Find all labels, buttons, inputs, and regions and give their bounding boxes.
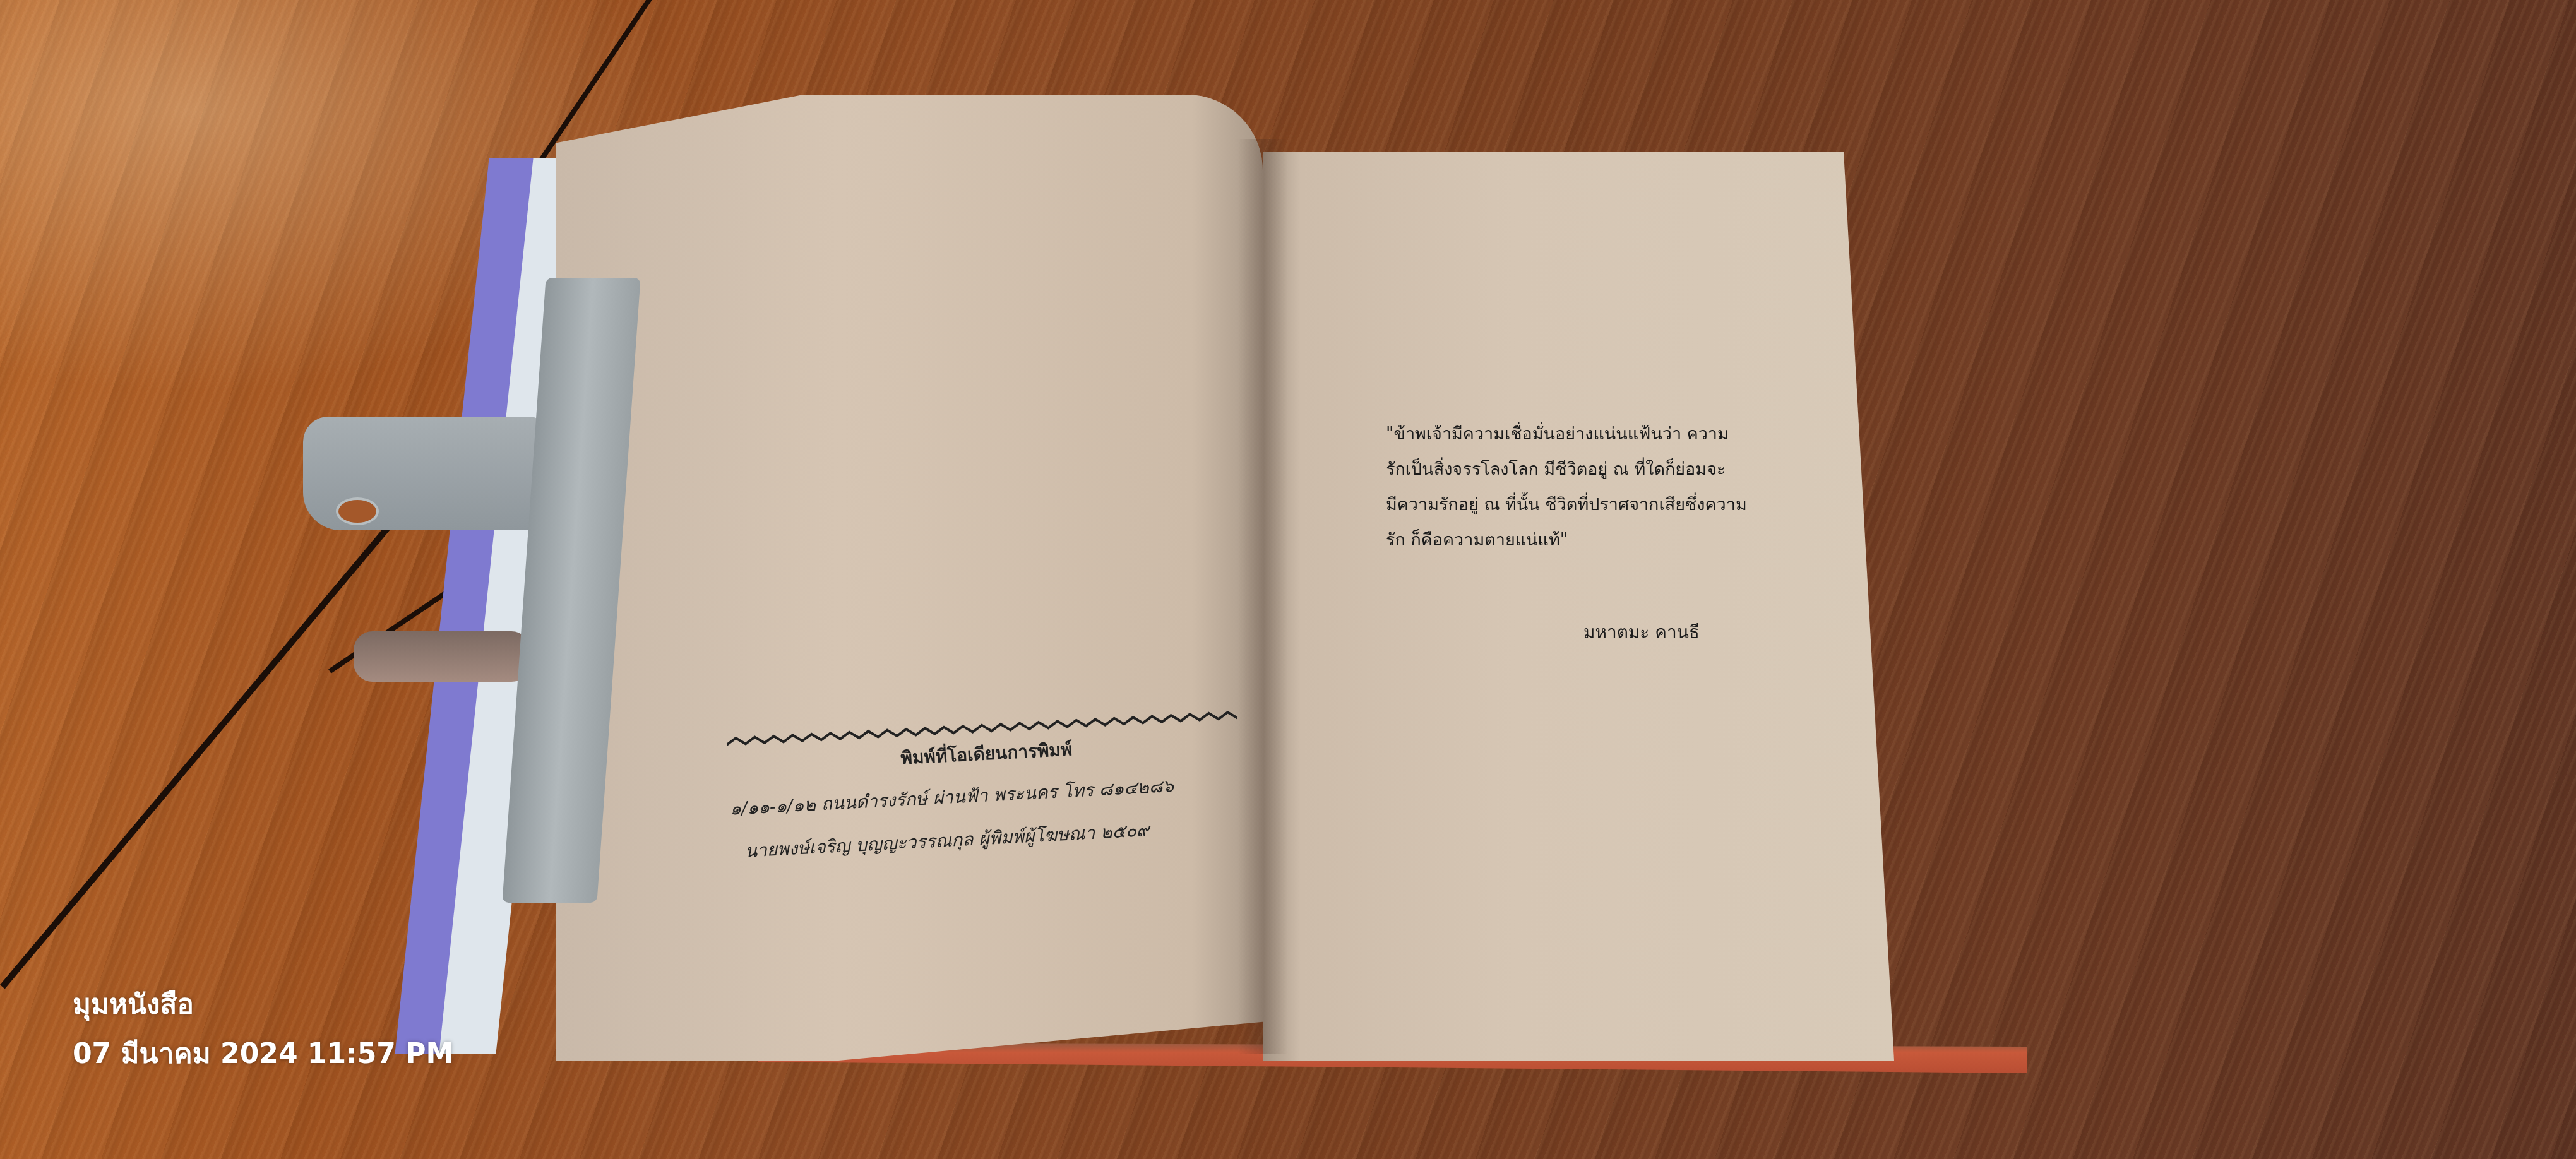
- gandhi-quote: "ข้าพเจ้ามีความเชื่อมั่นอย่างแน่นแฟ้นว่า…: [1386, 417, 1815, 558]
- quote-line: มีความรักอยู่ ณ ที่นั้น ชีวิตที่ปราศจากเ…: [1386, 487, 1815, 523]
- clip-hole: [336, 497, 379, 525]
- left-page: [556, 95, 1263, 1061]
- watermark-datetime: 07 มีนาคม 2024 11:57 PM: [73, 1034, 453, 1074]
- photo-watermark: มุมหนังสือ 07 มีนาคม 2024 11:57 PM: [73, 985, 453, 1074]
- quote-line: รัก ก็คือความตายแน่แท้": [1386, 523, 1815, 558]
- printer-imprint: พิมพ์ที่โอเดียนการพิมพ์ ๑/๑๑-๑/๑๒ ถนนดำร…: [726, 705, 1250, 866]
- book-spine-shadow: [1237, 139, 1288, 1054]
- quote-line: "ข้าพเจ้ามีความเชื่อมั่นอย่างแน่นแฟ้นว่า…: [1386, 417, 1815, 452]
- clip-spring: [354, 631, 530, 682]
- watermark-title: มุมหนังสือ: [73, 985, 453, 1025]
- quote-author: มหาตมะ คานธี: [1583, 619, 1700, 646]
- quote-line: รักเป็นสิ่งจรรโลงโลก มีชีวิตอยู่ ณ ที่ใด…: [1386, 452, 1815, 487]
- right-page: [1263, 152, 1894, 1061]
